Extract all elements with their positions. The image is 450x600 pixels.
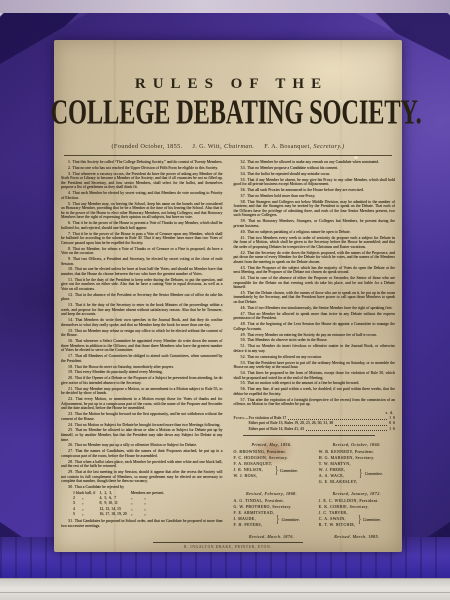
rule-item: 40. That no subjects partaking of a reli… [233, 230, 395, 235]
ballot-cell: 5 „ [73, 512, 99, 517]
rule-item: 25. That no Member be allowed to take do… [61, 428, 223, 442]
fines-text: Either part of Rule 14, Rules 41, 43 [248, 427, 303, 432]
rule-text: That when a ballot takes place, each Mem… [61, 460, 223, 469]
poster-title-line1: RULES OF THE [54, 76, 402, 93]
rule-item: 12. That in the absence of the President… [61, 293, 223, 302]
officer-block-date: Revised, March, 1885. [319, 534, 395, 538]
rule-item: 24. That no Motion or Subject for Debate… [61, 423, 223, 428]
committee-label: Committee. [365, 471, 383, 476]
rule-text: That the names of Candidates, with the n… [61, 449, 223, 458]
rule-item: 3. That whenever a vacancy occurs, the P… [61, 172, 223, 190]
ballot-row: 5 „16, 17, 18, 19, 20„ „ [73, 512, 168, 517]
rule-item: 42. That the Secretary do write down the… [233, 251, 395, 265]
imprint-rule [153, 542, 303, 543]
rule-text: That the Motion be brought forward on th… [61, 412, 223, 421]
rule-item: 21. That any Member may propose a Motion… [61, 387, 223, 396]
rule-text: That each Member be elected by secret vo… [61, 191, 223, 200]
rule-text: That two Members every week in order of … [233, 236, 395, 249]
rule-item: 31. That Candidates be proposed in Schoo… [61, 519, 223, 528]
rule-text: That fines be proposed in the form of Mo… [233, 371, 395, 380]
rule-text: That it be the duty of the Secretary to … [61, 303, 223, 316]
rule-text: That it be in the power of the House to … [61, 232, 223, 245]
committee-brace: } [275, 463, 278, 477]
photograph-of-poster: RULES OF THE COLLEGE DEBATING SOCIETY. (… [0, 0, 450, 600]
rule-item: 14. That Members do write their own spee… [61, 318, 223, 327]
rule-item: 37. That no Member hold more than one Pr… [233, 194, 395, 199]
rule-text: That the House do meet on Saturday, imme… [74, 365, 174, 369]
rule-text: That all Members of Committees be oblige… [61, 354, 223, 363]
rule-item: 48. That at the beginning of the Lent Se… [233, 322, 395, 331]
rule-item: 29. That at the last meeting in any Sess… [61, 470, 223, 484]
fines-dotted-leader [306, 430, 387, 431]
committee-label: Committee. [363, 517, 381, 522]
rule-item: 52. That no canvassing be allowed on any… [233, 355, 395, 360]
rule-item: 7. That it be in the power of the House … [61, 232, 223, 246]
rule-item: 32. That no Member be allowed to make an… [233, 160, 395, 165]
rules-columns: 1. That this Society be called “The Coll… [54, 158, 402, 538]
committee-group: J. C. TARVER,C. A. SWAIN,R. T. W. RITCHI… [319, 510, 395, 528]
rule-text: That whenever a Select Committee be appo… [61, 339, 223, 352]
officer-block: Revised, March, 1876.E. C. PERRY, Presid… [233, 534, 309, 538]
rule-text: That Strangers and Collegers not below M… [233, 200, 395, 218]
rule-text: That any Member may, on leaving the Scho… [61, 202, 223, 220]
officer-block-date: Revised, February, 1868. [233, 491, 309, 496]
fines-amount: 1 6 [389, 427, 395, 432]
rule-item: 51. That no Member do insert frivolous o… [233, 344, 395, 353]
rule-item: 4. That each Member be elected by secret… [61, 191, 223, 200]
table-surface [0, 578, 450, 600]
rule-text: That no one who has not reached the Uppe… [72, 166, 219, 170]
rule-text: That the Proposer of the subject which h… [233, 266, 395, 275]
rule-text: That no Member do insert frivolous or of… [233, 344, 395, 353]
rule-item: 10. That no one be elected unless he hav… [61, 267, 223, 276]
poster-title-line2: COLLEGE DEBATING SOCIETY. [51, 95, 406, 149]
rule-text: That it be in the power of the House to … [61, 221, 223, 230]
rule-text: That no Honorary Members, Strangers, or … [233, 219, 395, 228]
rule-text: That if any Member be absent, he may giv… [233, 178, 395, 187]
imprint-section: R. INGALTON DRAKE, PRINTER, ETON. [54, 542, 402, 549]
rule-item: 47. That no Member be allowed to speak m… [233, 312, 395, 321]
rule-text: That no Member may refuse or resign any … [61, 329, 223, 338]
fines-dotted-leader [335, 425, 387, 426]
committee-group: T. W. MARTYN,W. J. FRERE,A. A. WACE,G. E… [319, 461, 395, 485]
rule-item: 43. That the Proposer of the subject whi… [233, 266, 395, 275]
committee-names: F. E. ARMITSTEAD,J. MAUDE,F. H. PETERS, [233, 510, 274, 528]
officer-block: Revised, February, 1868.A. G. TINDAL, Pr… [233, 491, 309, 528]
rule-item: 30. That a Candidate be rejected by [61, 485, 223, 490]
rule-item: 55. That no motion with respect to the a… [233, 381, 395, 386]
rule-item: 53. That the President have power to put… [233, 361, 395, 370]
rule-text: That the President have power to put off… [233, 361, 395, 370]
rule-item: 18. That the House do meet on Saturday, … [61, 365, 223, 370]
rule-item: 56. That any fine, if not paid within a … [233, 387, 395, 396]
rule-text: That whenever a vacancy occurs, the Pres… [61, 172, 223, 190]
rule-text: That every Member on entering the Societ… [246, 333, 377, 337]
committee-member-name: R. T. W. RITCHIE, [319, 522, 356, 528]
rule-item: 50. That Members do observe strict order… [233, 338, 395, 343]
rule-text: That if the Opener of a Debate or the Pr… [61, 376, 223, 385]
committee-member-name: F. H. PETERS, [233, 522, 274, 528]
rule-text: That the ballot be repeated should any m… [246, 172, 330, 176]
rule-item: 9. That two Officers, a President and Se… [61, 257, 223, 266]
rule-text: That the Secretary do write down the Sub… [233, 251, 395, 264]
rule-item: 19. That every Member do punctually atte… [61, 370, 223, 375]
paper-blemish [354, 156, 358, 159]
rule-item: 36. That all such Proxies be announced t… [233, 188, 395, 193]
poster-paper: RULES OF THE COLLEGE DEBATING SOCIETY. (… [54, 40, 402, 552]
column-divider-rule [228, 160, 229, 538]
committee-brace: } [358, 512, 361, 526]
officer-block-date: Revised, March, 1876. [233, 534, 309, 538]
rule-item: 11. That it be the duty of the President… [61, 278, 223, 292]
officer-block-date: Revised, January, 1872. [319, 491, 395, 496]
rule-text: That two Officers, a President and Secre… [61, 257, 223, 266]
rules-column-left: 1. That this Society be called “The Coll… [61, 160, 227, 538]
officer-block: Revised, January, 1872.J. E. C. WELLDON,… [319, 491, 395, 528]
officer-block: Revised, March, 1885.A. M. GOODHART, Pre… [319, 534, 395, 538]
ballot-cell: 16, 17, 18, 19, 20 [99, 512, 130, 517]
rule-item: 27. That the names of Candidates, with t… [61, 449, 223, 458]
committee-names: J. C. TARVER,C. A. SWAIN,R. T. W. RITCHI… [319, 510, 356, 528]
rule-item: 20. That if the Opener of a Debate or th… [61, 376, 223, 385]
fines-label: Fines— [233, 416, 248, 421]
rule-item: 44. That in case of the absence of eithe… [233, 276, 395, 290]
rules-column-right: 32. That no Member be allowed to make an… [229, 160, 395, 538]
rule-item: 39. That no Honorary Members, Strangers,… [233, 219, 395, 228]
committee-group: F. E. ARMITSTEAD,J. MAUDE,F. H. PETERS,}… [233, 510, 309, 528]
rule-text: That no Member propose a Candidate witho… [246, 166, 338, 170]
rule-text: That no canvassing be allowed on any occ… [246, 355, 322, 359]
wall-strip [0, 0, 450, 13]
rule-item: 5. That any Member may, on leaving the S… [61, 202, 223, 220]
rule-item: 15. That no Member may refuse or resign … [61, 329, 223, 338]
rule-item: 22. That every Motion, or amendment to a… [61, 397, 223, 411]
officer-block: Revised, October, 1860.W. B. KENNEDY, Pr… [319, 442, 395, 485]
rule-item: 34. That the ballot be repeated should a… [233, 172, 395, 177]
rule-text: That Members do write their own speeches… [61, 318, 223, 327]
committee-group: F. A. BOSANQUET,J. R. NELSON,W. J. ROSS,… [233, 461, 309, 479]
rule-text: That no Member, for whom a Vote of Thank… [61, 247, 223, 256]
masthead-divider-rule [64, 155, 392, 156]
officers-table: Printed, May, 1856.O. BROWNING, Presiden… [233, 442, 395, 538]
rule-item: 23. That the Motion be brought forward o… [61, 412, 223, 421]
rule-text: That no Member hold more than one Proxy. [246, 194, 315, 198]
rule-item: 46. That if two Members rise simultaneou… [233, 306, 395, 311]
rule-item: 35. That if any Member be absent, he may… [233, 178, 395, 187]
rule-text: That any fine, if not paid within a week… [233, 387, 395, 396]
rule-text: That the Debate chosen, with the names o… [233, 291, 395, 304]
rule-item: 57. That after the expiration of a fortn… [233, 398, 395, 407]
ballot-scheme-table: 1 black ball, if1, 2, 3,Members are pres… [73, 491, 168, 517]
rule-item: 49. That every Member on entering the So… [233, 333, 395, 338]
rule-item: 16. That whenever a Select Committee be … [61, 339, 223, 353]
rule-text: That all such Proxies be announced to th… [246, 188, 364, 192]
rule-text: That any Member may propose a Motion, or… [61, 387, 223, 396]
rule-item: 54. That fines be proposed in the form o… [233, 371, 395, 380]
rule-text: That Candidates be proposed in School or… [61, 519, 223, 528]
committee-brace: } [360, 466, 363, 480]
rule-item: 13. That it be the duty of the Secretary… [61, 303, 223, 317]
rule-text: That no Motion or Subject for Debate be … [74, 423, 221, 427]
rule-text: That a Candidate be rejected by [74, 485, 124, 489]
rule-item: 2. That no one who has not reached the U… [61, 166, 223, 171]
ballot-cell: „ „ [131, 512, 169, 517]
rule-item: 28. That when a ballot takes place, each… [61, 460, 223, 469]
rule-text: That after the expiration of a fortnight… [233, 398, 395, 407]
rule-text: That no subjects partaking of a religiou… [246, 230, 350, 234]
rule-text: That no Member may put up a silly or off… [74, 443, 197, 447]
fines-section: s. d.Fines—For violation of Rule 171 0Ei… [233, 411, 395, 436]
rule-text: That no Member be allowed to speak more … [233, 312, 395, 321]
rule-item: 26. That no Member may put up a silly or… [61, 443, 223, 448]
printer-imprint: R. INGALTON DRAKE, PRINTER, ETON. [54, 545, 402, 549]
committee-label: Committee. [280, 468, 298, 473]
rule-item: 33. That no Member propose a Candidate w… [233, 166, 395, 171]
fines-end-rule [243, 435, 375, 436]
rule-item: 45. That the Debate chosen, with the nam… [233, 291, 395, 305]
rule-text: That in the absence of the President or … [61, 293, 223, 302]
committee-member-name: G. E. BLAKESLEY, [319, 479, 358, 485]
rule-item: 8. That no Member, for whom a Vote of Th… [61, 247, 223, 256]
rule-item: 6. That it be in the power of the House … [61, 221, 223, 230]
committee-brace: } [277, 512, 280, 526]
rule-text: That every Member do punctually attend e… [74, 370, 163, 374]
fines-row: Either part of Rule 14, Rules 41, 431 6 [233, 427, 395, 432]
rule-item: 1. That this Society be called “The Coll… [61, 160, 223, 165]
committee-names: T. W. MARTYN,W. J. FRERE,A. A. WACE,G. E… [319, 461, 358, 485]
surface-shadow-line [0, 592, 450, 593]
committee-names: F. A. BOSANQUET,J. R. NELSON,W. J. ROSS, [233, 461, 272, 479]
rule-text: That no Member be allowed to take down o… [61, 428, 223, 441]
rule-text: That at the beginning of the Lent Sessio… [233, 322, 395, 331]
officer-block: Printed, May, 1856.O. BROWNING, Presiden… [233, 442, 309, 485]
rule-text: That no Member be allowed to make any re… [246, 160, 379, 164]
rule-item: 41. That two Members every week in order… [233, 236, 395, 250]
rule-text: That at the last meeting in any Session,… [61, 470, 223, 483]
rule-text: That Members do observe strict order in … [246, 338, 327, 342]
officer-block-date: Printed, May, 1856. [233, 442, 309, 447]
rule-text: That if two Members rise simultaneously,… [246, 306, 392, 310]
committee-label: Committee. [282, 517, 300, 522]
rule-text: That this Society be called “The College… [72, 160, 223, 164]
rule-item: 17. That all Members of Committees be ob… [61, 354, 223, 363]
rule-text: That no motion with respect to the amoun… [246, 381, 359, 385]
rule-text: That no one be elected unless he have at… [61, 267, 223, 276]
rule-text: That in case of the absence of either th… [233, 276, 395, 289]
committee-member-name: W. J. ROSS, [233, 473, 272, 479]
officer-block-date: Revised, October, 1860. [319, 442, 395, 447]
rule-item: 38. That Strangers and Collegers not bel… [233, 200, 395, 218]
rule-text: That it be the duty of the President to … [61, 278, 223, 291]
masthead: RULES OF THE COLLEGE DEBATING SOCIETY. (… [54, 40, 402, 156]
rule-text: That every Motion, or amendment to a Mot… [61, 397, 223, 410]
